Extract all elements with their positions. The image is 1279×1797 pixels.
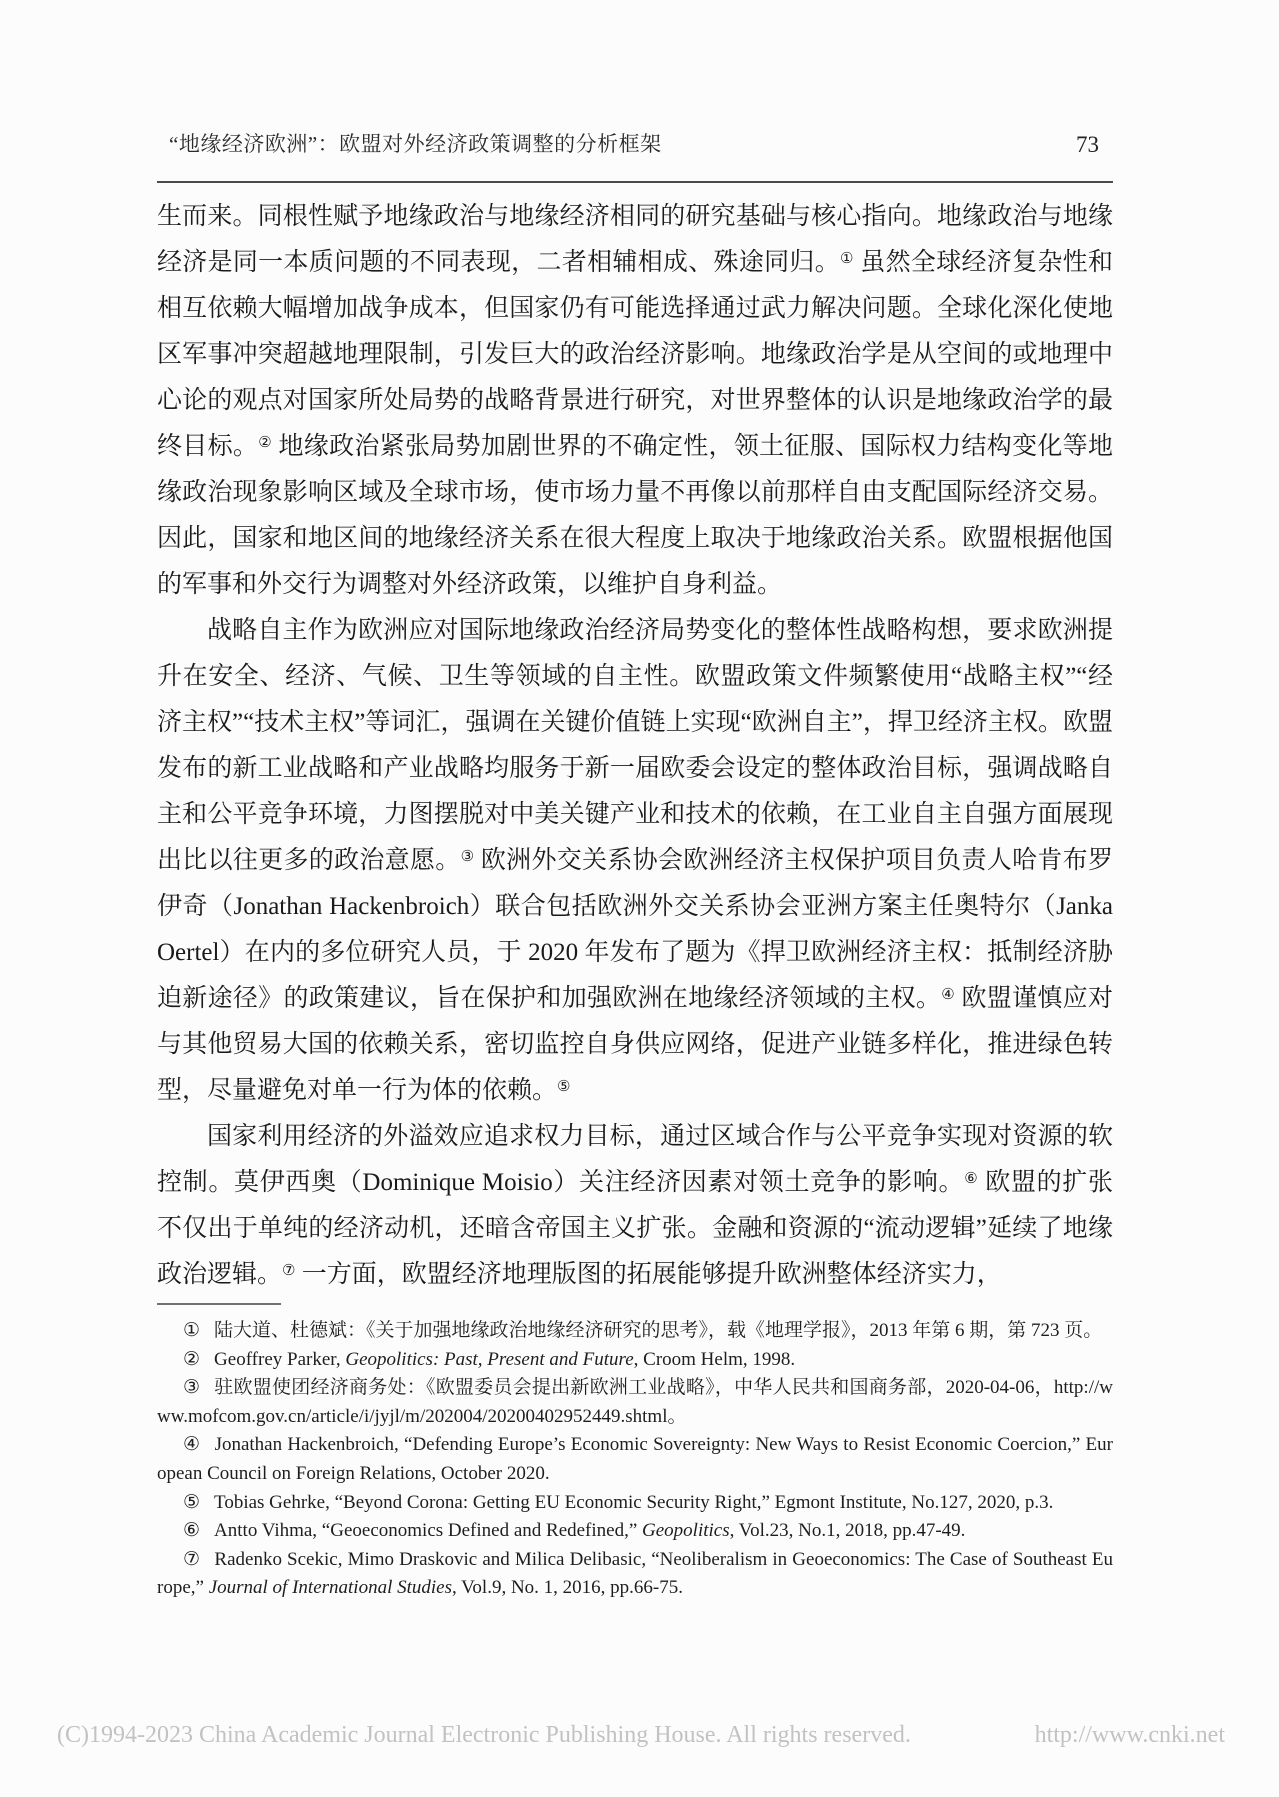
paragraph: 国家利用经济的外溢效应追求权力目标，通过区域合作与公平竞争实现对资源的软控制。莫… [157, 1114, 1113, 1298]
footnotes: ①陆大道、杜德斌：《关于加强地缘政治地缘经济研究的思考》，载《地理学报》，201… [157, 1317, 1113, 1603]
page-number: 73 [1076, 132, 1113, 158]
footnote-item: ③驻欧盟使团经济商务处：《欧盟委员会提出新欧洲工业战略》，中华人民共和国商务部，… [157, 1374, 1113, 1431]
header-rule [157, 181, 1113, 183]
page-header: “地缘经济欧洲”：欧盟对外经济政策调整的分析框架 73 [157, 128, 1113, 158]
watermark-url: http://www.cnki.net [1035, 1722, 1225, 1749]
running-head-title: “地缘经济欧洲”：欧盟对外经济政策调整的分析框架 [157, 128, 662, 158]
footnote-item: ④Jonathan Hackenbroich, “Defending Europ… [157, 1431, 1113, 1488]
footnote-marker: ⑤ [183, 1492, 200, 1513]
footnote-reference: ④ [941, 987, 955, 1003]
footnote-reference: ① [840, 251, 854, 267]
footnote-item: ⑤Tobias Gehrke, “Beyond Corona: Getting … [157, 1489, 1113, 1518]
footnote-reference: ⑦ [282, 1263, 295, 1279]
footnote-marker: ⑥ [183, 1520, 200, 1541]
article-body: 生而来。同根性赋予地缘政治与地缘经济相同的研究基础与核心指向。地缘政治与地缘经济… [157, 194, 1113, 1298]
paragraph: 生而来。同根性赋予地缘政治与地缘经济相同的研究基础与核心指向。地缘政治与地缘经济… [157, 194, 1113, 608]
footnote-marker: ② [183, 1349, 200, 1370]
footnote-item: ②Geoffrey Parker, Geopolitics: Past, Pre… [157, 1346, 1113, 1375]
watermark: (C)1994-2023 China Academic Journal Elec… [57, 1722, 1225, 1749]
footnote-marker: ④ [183, 1434, 201, 1455]
journal-page: “地缘经济欧洲”：欧盟对外经济政策调整的分析框架 73 生而来。同根性赋予地缘政… [0, 0, 1279, 1797]
footnote-item: ⑦Radenko Scekic, Mimo Draskovic and Mili… [157, 1546, 1113, 1603]
footnote-marker: ⑦ [183, 1549, 200, 1570]
footnote-reference: ③ [461, 849, 475, 865]
footnote-reference: ② [258, 435, 272, 451]
italic-title: Journal of International Studies [209, 1577, 452, 1598]
footnote-marker: ① [183, 1320, 200, 1341]
watermark-copyright: (C)1994-2023 China Academic Journal Elec… [57, 1722, 911, 1749]
footnote-marker: ③ [183, 1377, 200, 1398]
footnote-item: ①陆大道、杜德斌：《关于加强地缘政治地缘经济研究的思考》，载《地理学报》，201… [157, 1317, 1113, 1346]
footnote-separator [157, 1303, 281, 1305]
footnote-reference: ⑥ [964, 1171, 978, 1187]
italic-title: Geopolitics: Past, Present and Future [345, 1349, 633, 1370]
footnote-item: ⑥Antto Vihma, “Geoeconomics Defined and … [157, 1517, 1113, 1546]
paragraph: 战略自主作为欧洲应对国际地缘政治经济局势变化的整体性战略构想，要求欧洲提升在安全… [157, 608, 1113, 1114]
footnote-reference: ⑤ [557, 1079, 570, 1095]
italic-title: Geopolitics [642, 1520, 730, 1541]
